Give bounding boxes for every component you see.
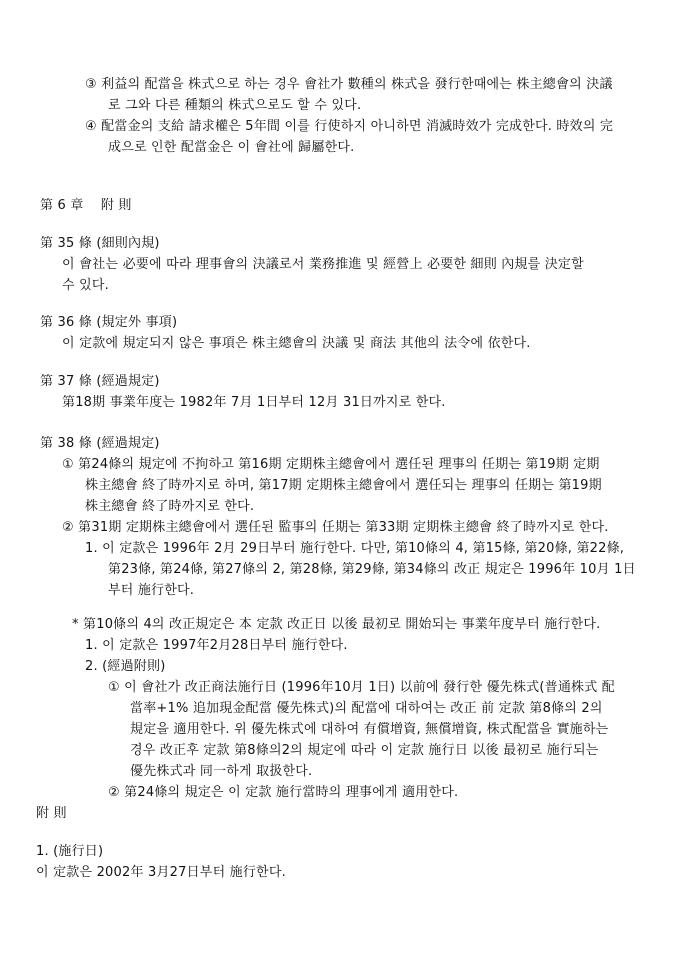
document-line: ① 이 會社가 改正商法施行日 (1996年10月 1日) 以前에 發行한 優先… <box>108 677 680 698</box>
document-line: 成으로 인한 配當金은 이 會社에 歸屬한다. <box>108 137 680 158</box>
document-line: ① 第24條의 規定에 不拘하고 第16期 定期株主總會에서 選任된 理事의 任… <box>62 454 680 475</box>
document-line: ② 第31期 定期株主總會에서 選任된 監事의 任期는 第33期 定期株主總會 … <box>62 517 680 538</box>
document-line: 株主總會 終了時까지로 한다. <box>85 496 680 517</box>
chapter-6-heading: 第 6 章 附 則 <box>0 195 680 216</box>
document-body: ③ 利益의 配當을 株式으로 하는 경우 會社가 數種의 株式을 發行한때에는 … <box>0 0 680 883</box>
article-38: 第 38 條 (經過規定)① 第24條의 規定에 不拘하고 第16期 定期株主總… <box>0 433 680 601</box>
addendum-2002: 1. (施行日)이 定款은 2002年 3月27日부터 施行한다. <box>0 841 680 883</box>
document-line: 이 定款에 規定되지 않은 事項은 株主總會의 決議 및 商法 其他의 法令에 … <box>62 333 680 354</box>
amendment-notes: * 第10條의 4의 改正規定은 本 定款 改正日 以後 最初로 開始되는 事業… <box>0 614 680 803</box>
document-line: 第 37 條 (經過規定) <box>40 371 680 392</box>
document-line: 이 定款은 2002年 3月27日부터 施行한다. <box>36 862 680 883</box>
document-line: 第 36 條 (規定外 事項) <box>40 312 680 333</box>
document-line: 1. (施行日) <box>36 841 680 862</box>
document-line: ③ 利益의 配當을 株式으로 하는 경우 會社가 數種의 株式을 發行한때에는 … <box>85 74 680 95</box>
document-line: 第 35 條 (細則內規) <box>40 233 680 254</box>
article-36: 第 36 條 (規定外 事項)이 定款에 規定되지 않은 事項은 株主總會의 決… <box>0 312 680 354</box>
document-line: 부터 施行한다. <box>108 580 680 601</box>
document-line: 2. (經過附則) <box>85 656 680 677</box>
document-line: 規定을 適用한다. 위 優先株式에 대하여 有償增資, 無償增資, 株式配當을 … <box>130 719 680 740</box>
document-line: 優先株式과 同一하게 取扱한다. <box>130 761 680 782</box>
document-line: 1. 이 定款은 1996年 2月 29日부터 施行한다. 다만, 第10條의 … <box>85 538 680 559</box>
document-line: 附 則 <box>36 803 680 824</box>
document-line: 第 38 條 (經過規定) <box>40 433 680 454</box>
document-line: ④ 配當金의 支給 請求權은 5年間 이를 行使하지 아니하면 消滅時效가 完成… <box>85 116 680 137</box>
document-line: ② 第24條의 規定은 이 定款 施行當時의 理事에게 適用한다. <box>108 782 680 803</box>
document-line: * 第10條의 4의 改正規定은 本 定款 改正日 以後 最初로 開始되는 事業… <box>72 614 680 635</box>
article-37: 第 37 條 (經過規定)第18期 事業年度는 1982年 7月 1日부터 12… <box>0 371 680 413</box>
document-line: 株主總會 終了時까지로 하며, 第17期 定期株主總會에서 選任되는 理事의 任… <box>85 475 680 496</box>
document-line: 이 會社는 必要에 따라 理事會의 決議로서 業務推進 및 經營上 必要한 細則… <box>62 254 680 275</box>
document-line: 1. 이 定款은 1997年2月28日부터 施行한다. <box>85 635 680 656</box>
document-line: 로 그와 다른 種類의 株式으로도 할 수 있다. <box>108 95 680 116</box>
document-page: ③ 利益의 配當을 株式으로 하는 경우 會社가 數種의 株式을 發行한때에는 … <box>0 0 680 962</box>
document-line: 第 6 章 附 則 <box>40 195 680 216</box>
article-items-dividend: ③ 利益의 配當을 株式으로 하는 경우 會社가 數種의 株式을 發行한때에는 … <box>0 74 680 158</box>
document-line: 第23條, 第24條, 第27條의 2, 第28條, 第29條, 第34條의 改… <box>108 559 680 580</box>
article-35: 第 35 條 (細則內規)이 會社는 必要에 따라 理事會의 決議로서 業務推進… <box>0 233 680 296</box>
document-line: 第18期 事業年度는 1982年 7月 1日부터 12月 31日까지로 한다. <box>62 392 680 413</box>
document-line: 경우 改正후 定款 第8條의2의 規定에 따라 이 定款 施行日 以後 最初로 … <box>130 740 680 761</box>
addendum-heading: 附 則 <box>0 803 680 824</box>
document-line: 수 있다. <box>62 275 680 296</box>
document-line: 當率+1% 追加現金配當 優先株式)의 配當에 대하여는 改正 前 定款 第8條… <box>130 698 680 719</box>
